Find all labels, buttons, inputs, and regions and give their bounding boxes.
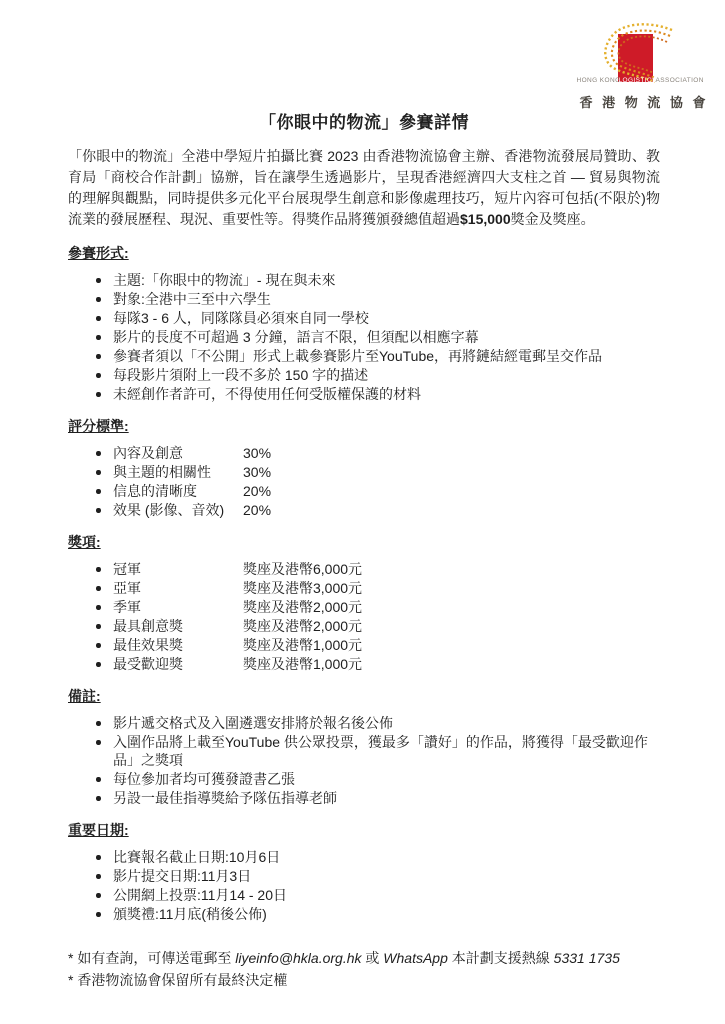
list-item: 對象:全港中三至中六學生 [68, 290, 660, 308]
criteria-value: 30% [243, 464, 271, 480]
section-heading-criteria: 評分標準: [68, 418, 129, 434]
section-important-dates: 重要日期: 比賽報名截止日期:10月6日 影片提交日期:11月3日 公開網上投票… [68, 821, 660, 923]
contact-email: liyeinfo@hkla.org.hk [235, 950, 361, 966]
award-label: 最受歡迎獎 [113, 655, 243, 673]
section-judging-criteria: 評分標準: 內容及創意30% 與主題的相關性30% 信息的清晰度20% 效果 (… [68, 417, 660, 519]
list-item: 亞軍獎座及港幣3,000元 [68, 579, 660, 597]
intro-paragraph: 「你眼中的物流」全港中學短片拍攝比賽 2023 由香港物流協會主辦、香港物流發展… [68, 146, 660, 230]
prize-total-amount: $15,000 [460, 211, 511, 227]
award-label: 最佳效果獎 [113, 636, 243, 654]
list-item: 最具創意獎獎座及港幣2,000元 [68, 617, 660, 635]
logo-english-name: HONG KONG LOGISTICS ASSOCIATION [569, 77, 719, 84]
list-item: 每位參加者均可獲發證書乙張 [68, 770, 660, 788]
criteria-label: 內容及創意 [113, 444, 243, 462]
whatsapp-label: WhatsApp [383, 950, 448, 966]
section-heading-awards: 獎項: [68, 534, 101, 550]
footnote-rights: * 香港物流協會保留所有最終決定權 [68, 969, 660, 991]
list-item: 入圍作品將上載至YouTube 供公眾投票，獲最多「讚好」的作品，將獲得「最受歡… [68, 733, 660, 769]
award-value: 獎座及港幣2,000元 [243, 618, 362, 634]
criteria-bullet-list: 內容及創意30% 與主題的相關性30% 信息的清晰度20% 效果 (影像、音效)… [68, 444, 660, 519]
list-item: 影片的長度不可超過 3 分鐘，語言不限，但須配以相應字幕 [68, 328, 660, 346]
award-label: 最具創意獎 [113, 617, 243, 635]
footnotes: * 如有查詢，可傳送電郵至 liyeinfo@hkla.org.hk 或 Wha… [68, 947, 660, 991]
section-awards: 獎項: 冠軍獎座及港幣6,000元 亞軍獎座及港幣3,000元 季軍獎座及港幣2… [68, 533, 660, 673]
list-item: 另設一最佳指導獎給予隊伍指導老師 [68, 789, 660, 807]
award-value: 獎座及港幣1,000元 [243, 656, 362, 672]
hkla-logo-graphic: HONG KONG LOGISTICS ASSOCIATION [569, 20, 719, 86]
list-item: 內容及創意30% [68, 444, 660, 462]
criteria-value: 20% [243, 483, 271, 499]
logo-en-association: ASSOCIATION [656, 77, 712, 84]
list-item: 影片遞交格式及入圍遴選安排將於報名後公佈 [68, 714, 660, 732]
criteria-label: 與主題的相關性 [113, 463, 243, 481]
list-item: 影片提交日期:11月3日 [68, 867, 660, 885]
list-item: 與主題的相關性30% [68, 463, 660, 481]
list-item: 信息的清晰度20% [68, 482, 660, 500]
awards-bullet-list: 冠軍獎座及港幣6,000元 亞軍獎座及港幣3,000元 季軍獎座及港幣2,000… [68, 560, 660, 673]
format-bullet-list: 主題:「你眼中的物流」- 現在與未來 對象:全港中三至中六學生 每隊3 - 6 … [68, 271, 660, 403]
criteria-value: 30% [243, 445, 271, 461]
list-item: 效果 (影像、音效)20% [68, 501, 660, 519]
award-value: 獎座及港幣3,000元 [243, 580, 362, 596]
award-value: 獎座及港幣1,000元 [243, 637, 362, 653]
award-label: 冠軍 [113, 560, 243, 578]
logo-en-hongkong: HONG KONG [577, 77, 617, 84]
section-heading-dates: 重要日期: [68, 822, 129, 838]
dates-bullet-list: 比賽報名截止日期:10月6日 影片提交日期:11月3日 公開網上投票:11月14… [68, 848, 660, 923]
award-label: 季軍 [113, 598, 243, 616]
list-item: 頒獎禮:11月底(稍後公佈) [68, 905, 660, 923]
hkla-logo: HONG KONG LOGISTICS ASSOCIATION 香 港 物 流 … [569, 20, 719, 111]
section-remarks: 備註: 影片遞交格式及入圍遴選安排將於報名後公佈 入圍作品將上載至YouTube… [68, 687, 660, 807]
logo-chinese-name: 香 港 物 流 協 會 [569, 92, 719, 111]
footnote-enquiry-pre: * 如有查詢，可傳送電郵至 [68, 950, 235, 966]
award-label: 亞軍 [113, 579, 243, 597]
list-item: 最受歡迎獎獎座及港幣1,000元 [68, 655, 660, 673]
list-item: 冠軍獎座及港幣6,000元 [68, 560, 660, 578]
list-item: 參賽者須以「不公開」形式上載參賽影片至YouTube，再將鏈結經電郵呈交作品 [68, 347, 660, 365]
remarks-bullet-list: 影片遞交格式及入圍遴選安排將於報名後公佈 入圍作品將上載至YouTube 供公眾… [68, 714, 660, 807]
list-item: 未經創作者許可，不得使用任何受版權保護的材料 [68, 385, 660, 403]
criteria-value: 20% [243, 502, 271, 518]
logo-en-logistics: LOGISTICS [619, 77, 654, 84]
section-entry-format: 參賽形式: 主題:「你眼中的物流」- 現在與未來 對象:全港中三至中六學生 每隊… [68, 244, 660, 403]
document-page: HONG KONG LOGISTICS ASSOCIATION 香 港 物 流 … [0, 0, 725, 1024]
hotline-number: 5331 1735 [554, 950, 620, 966]
list-item: 每隊3 - 6 人，同隊隊員必須來自同一學校 [68, 309, 660, 327]
section-heading-remarks: 備註: [68, 688, 101, 704]
criteria-label: 效果 (影像、音效) [113, 501, 243, 519]
list-item: 季軍獎座及港幣2,000元 [68, 598, 660, 616]
award-value: 獎座及港幣2,000元 [243, 599, 362, 615]
award-value: 獎座及港幣6,000元 [243, 561, 362, 577]
footnote-enquiry-mid2: 本計劃支援熱線 [448, 950, 554, 966]
list-item: 公開網上投票:11月14 - 20日 [68, 886, 660, 904]
footnote-enquiry: * 如有查詢，可傳送電郵至 liyeinfo@hkla.org.hk 或 Wha… [68, 947, 660, 969]
list-item: 最佳效果獎獎座及港幣1,000元 [68, 636, 660, 654]
intro-text-post: 獎金及獎座。 [511, 211, 595, 227]
list-item: 每段影片須附上一段不多於 150 字的描述 [68, 366, 660, 384]
page-title: 「你眼中的物流」參賽詳情 [68, 108, 660, 133]
footnote-enquiry-mid: 或 [362, 950, 384, 966]
criteria-label: 信息的清晰度 [113, 482, 243, 500]
list-item: 比賽報名截止日期:10月6日 [68, 848, 660, 866]
list-item: 主題:「你眼中的物流」- 現在與未來 [68, 271, 660, 289]
section-heading-format: 參賽形式: [68, 245, 129, 261]
